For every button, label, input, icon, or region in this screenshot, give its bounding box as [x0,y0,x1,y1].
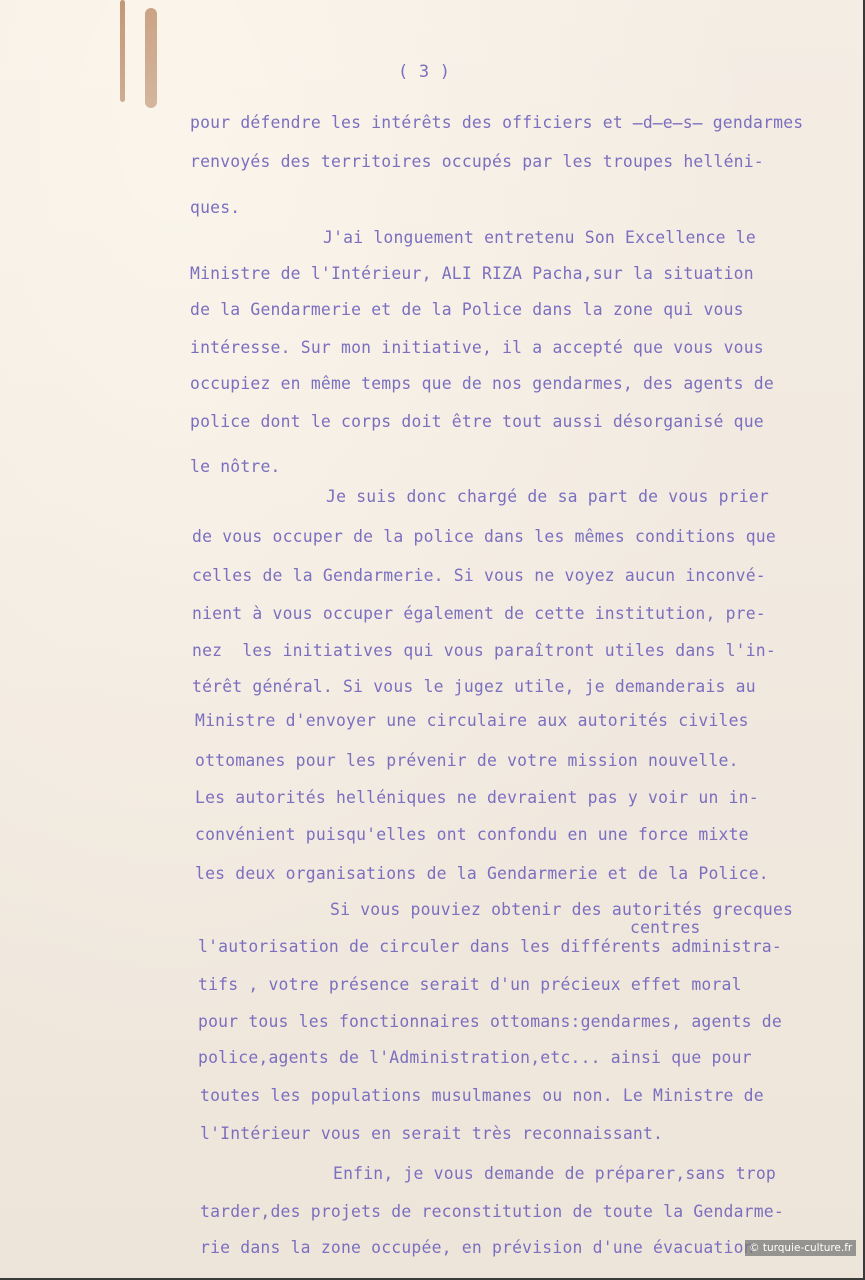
text-line: renvoyés des territoires occupés par les… [190,152,764,171]
typewritten-page: ( 3 ) pour défendre les intérêts des off… [0,0,865,1280]
rust-stain [145,8,157,108]
text-line: Si vous pouviez obtenir des autorités gr… [330,900,793,919]
text-line: convénient puisqu'elles ont confondu en … [195,825,749,844]
text-line: rie dans la zone occupée, en prévision d… [200,1238,754,1257]
text-line: centres [630,918,700,937]
text-line: pour tous les fonctionnaires ottomans:ge… [198,1012,782,1031]
text-line: pour défendre les intérêts des officiers… [190,113,803,132]
text-line: Ministre de l'Intérieur, ALI RIZA Pacha,… [190,264,754,283]
text-line: occupiez en même temps que de nos gendar… [190,374,774,393]
text-line: Les autorités helléniques ne devraient p… [195,788,759,807]
text-line: le nôtre. [190,457,281,476]
text-line: police,agents de l'Administration,etc...… [198,1048,752,1067]
text-line: de vous occuper de la police dans les mê… [192,527,776,546]
text-line: police dont le corps doit être tout auss… [190,412,764,431]
page-number: ( 3 ) [398,62,450,82]
text-line: tifs , votre présence serait d'un précie… [198,975,742,994]
text-line: Ministre d'envoyer une circulaire aux au… [195,711,749,730]
text-line: toutes les populations musulmanes ou non… [200,1086,764,1105]
text-line: J'ai longuement entretenu Son Excellence… [323,228,756,247]
text-line: Enfin, je vous demande de préparer,sans … [333,1164,776,1183]
text-line: nient à vous occuper également de cette … [192,604,766,623]
watermark: © turquie-culture.fr [745,1240,856,1256]
rust-stain [120,0,125,102]
text-line: l'Intérieur vous en serait très reconnai… [200,1124,663,1143]
text-line: ques. [190,198,240,217]
text-line: nez les initiatives qui vous paraîtront … [192,641,776,660]
text-line: Je suis donc chargé de sa part de vous p… [326,487,769,506]
text-line: térêt général. Si vous le jugez utile, j… [192,677,756,696]
text-line: intéresse. Sur mon initiative, il a acce… [190,338,764,357]
text-line: les deux organisations de la Gendarmerie… [195,864,769,883]
text-line: ottomanes pour les prévenir de votre mis… [195,751,739,770]
text-line: tarder,des projets de reconstitution de … [200,1202,784,1221]
text-line: de la Gendarmerie et de la Police dans l… [190,300,744,319]
text-line: l'autorisation de circuler dans les diff… [198,937,782,956]
text-line: celles de la Gendarmerie. Si vous ne voy… [192,566,766,585]
